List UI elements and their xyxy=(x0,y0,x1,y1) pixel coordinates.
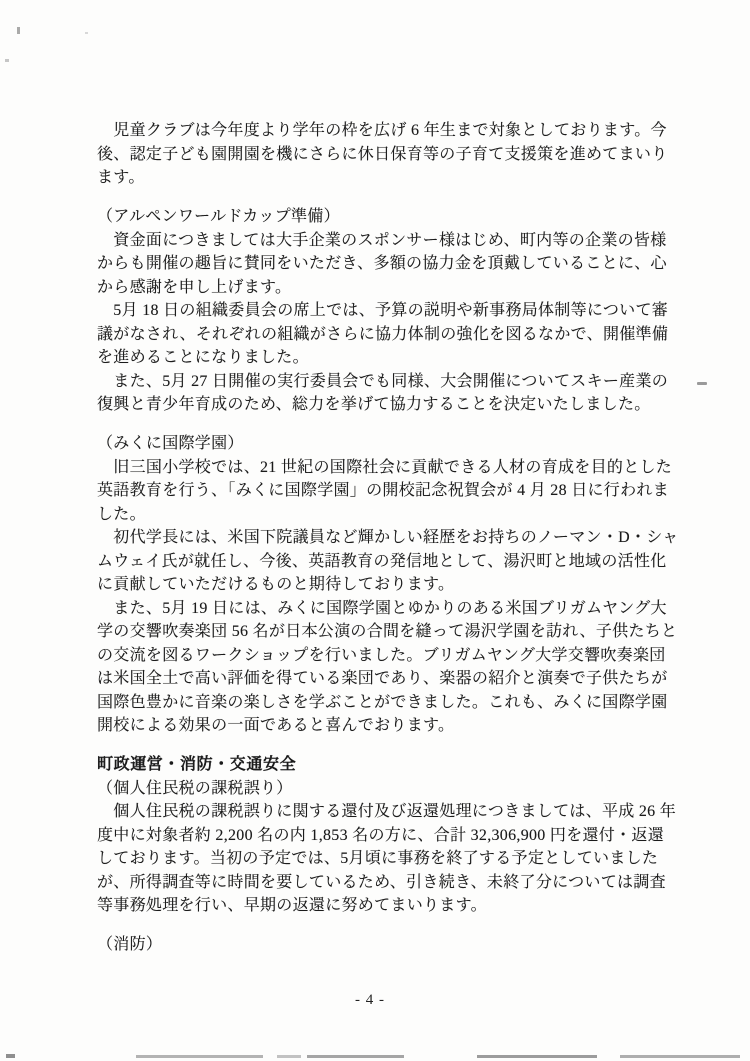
text-line: 等事務処理を行い、早期の返還に努めてまいります。 xyxy=(97,894,667,918)
text-line: ます。 xyxy=(97,166,667,190)
paragraph-spacer xyxy=(97,190,667,206)
text-line: が、所得調査等に時間を要しているため、引き続き、未終了分については調査 xyxy=(97,871,667,895)
text-line: 児童クラブは今年度より学年の枠を広げ 6 年生まで対象としております。今 xyxy=(97,119,667,143)
text-line: 国際色豊かに音楽の楽しさを学ぶことができました。これも、みくに国際学園 xyxy=(97,691,667,715)
subsection-heading: （アルペンワールドカップ準備） xyxy=(97,205,667,229)
paragraph-spacer xyxy=(97,417,667,433)
text-line: ムウェイ氏が就任し、今後、英語教育の発信地として、湯沢町と地域の活性化 xyxy=(97,550,667,574)
subsection-heading: （消防） xyxy=(97,933,667,957)
scan-noise-speck xyxy=(17,27,20,34)
text-line: 英語教育を行う、「みくに国際学園」の開校記念祝賀会が 4 月 28 日に行われま xyxy=(97,479,667,503)
text-line: 議がなされ、それぞれの組織がさらに協力体制の強化を図るなかで、開催準備 xyxy=(97,323,667,347)
document-page: 児童クラブは今年度より学年の枠を広げ 6 年生まで対象としております。今後、認定… xyxy=(0,0,750,1061)
page-number: - 4 - xyxy=(0,992,740,1009)
text-line: 後、認定子ども園開園を機にさらに休日保育等の子育て支援策を進めてまいり xyxy=(97,143,667,167)
scan-noise-dash xyxy=(697,382,707,385)
text-line: また、5月 27 日開催の実行委員会でも同様、大会開催についてスキー産業の xyxy=(97,370,667,394)
text-line: は米国全土で高い評価を得ている楽団であり、楽器の紹介と演奏で子供たちが xyxy=(97,667,667,691)
text-line: 度中に対象者約 2,200 名の内 1,853 名の方に、合計 32,306,9… xyxy=(97,824,667,848)
scan-noise-speck xyxy=(85,32,88,34)
section-title: 町政運営・消防・交通安全 xyxy=(97,753,667,777)
text-line: からも開催の趣旨に賛同をいただき、多額の協力金を頂戴していることに、心 xyxy=(97,252,667,276)
text-line: の交流を図るワークショップを行いました。ブリガムヤング大学交響吹奏楽団 xyxy=(97,644,667,668)
scan-bleed-bar xyxy=(6,1054,15,1058)
document-body: 児童クラブは今年度より学年の枠を広げ 6 年生まで対象としております。今後、認定… xyxy=(97,119,667,957)
text-line: 復興と青少年育成のため、総力を挙げて協力することを決定いたしました。 xyxy=(97,393,667,417)
text-line: しております。当初の予定では、5月頃に事務を終了する予定としていました xyxy=(97,847,667,871)
text-line: 資金面につきましては大手企業のスポンサー様はじめ、町内等の企業の皆様 xyxy=(97,229,667,253)
text-line: 個人住民税の課税誤りに関する還付及び返還処理につきましては、平成 26 年 xyxy=(97,800,667,824)
paragraph-spacer xyxy=(97,918,667,934)
subsection-heading: （みくに国際学園） xyxy=(97,432,667,456)
text-line: 初代学長には、米国下院議員など輝かしい経歴をお持ちのノーマン・D・シャ xyxy=(97,526,667,550)
paragraph-spacer xyxy=(97,738,667,754)
scan-bleed-bar xyxy=(277,1055,301,1058)
text-line: 旧三国小学校では、21 世紀の国際社会に貢献できる人材の育成を目的とした xyxy=(97,456,667,480)
text-line: また、5月 19 日には、みくに国際学園とゆかりのある米国ブリガムヤング大 xyxy=(97,597,667,621)
subsection-heading: （個人住民税の課税誤り） xyxy=(97,777,667,801)
scan-bleed-bar xyxy=(620,1055,740,1058)
text-line: から感謝を申し上げます。 xyxy=(97,276,667,300)
scan-noise-speck xyxy=(5,59,9,62)
text-line: 5月 18 日の組織委員会の席上では、予算の説明や新事務局体制等について審 xyxy=(97,299,667,323)
scan-bleed-bar xyxy=(136,1055,263,1058)
text-line: を進めることになりました。 xyxy=(97,346,667,370)
text-line: 開校による効果の一面であると喜んでおります。 xyxy=(97,714,667,738)
scan-bleed-bar xyxy=(477,1055,597,1058)
scan-bleed-bar xyxy=(307,1055,404,1058)
text-line: 学の交響吹奏楽団 56 名が日本公演の合間を縫って湯沢学園を訪れ、子供たちと xyxy=(97,620,667,644)
text-line: に貢献していただけるものと期待しております。 xyxy=(97,573,667,597)
text-line: した。 xyxy=(97,503,667,527)
